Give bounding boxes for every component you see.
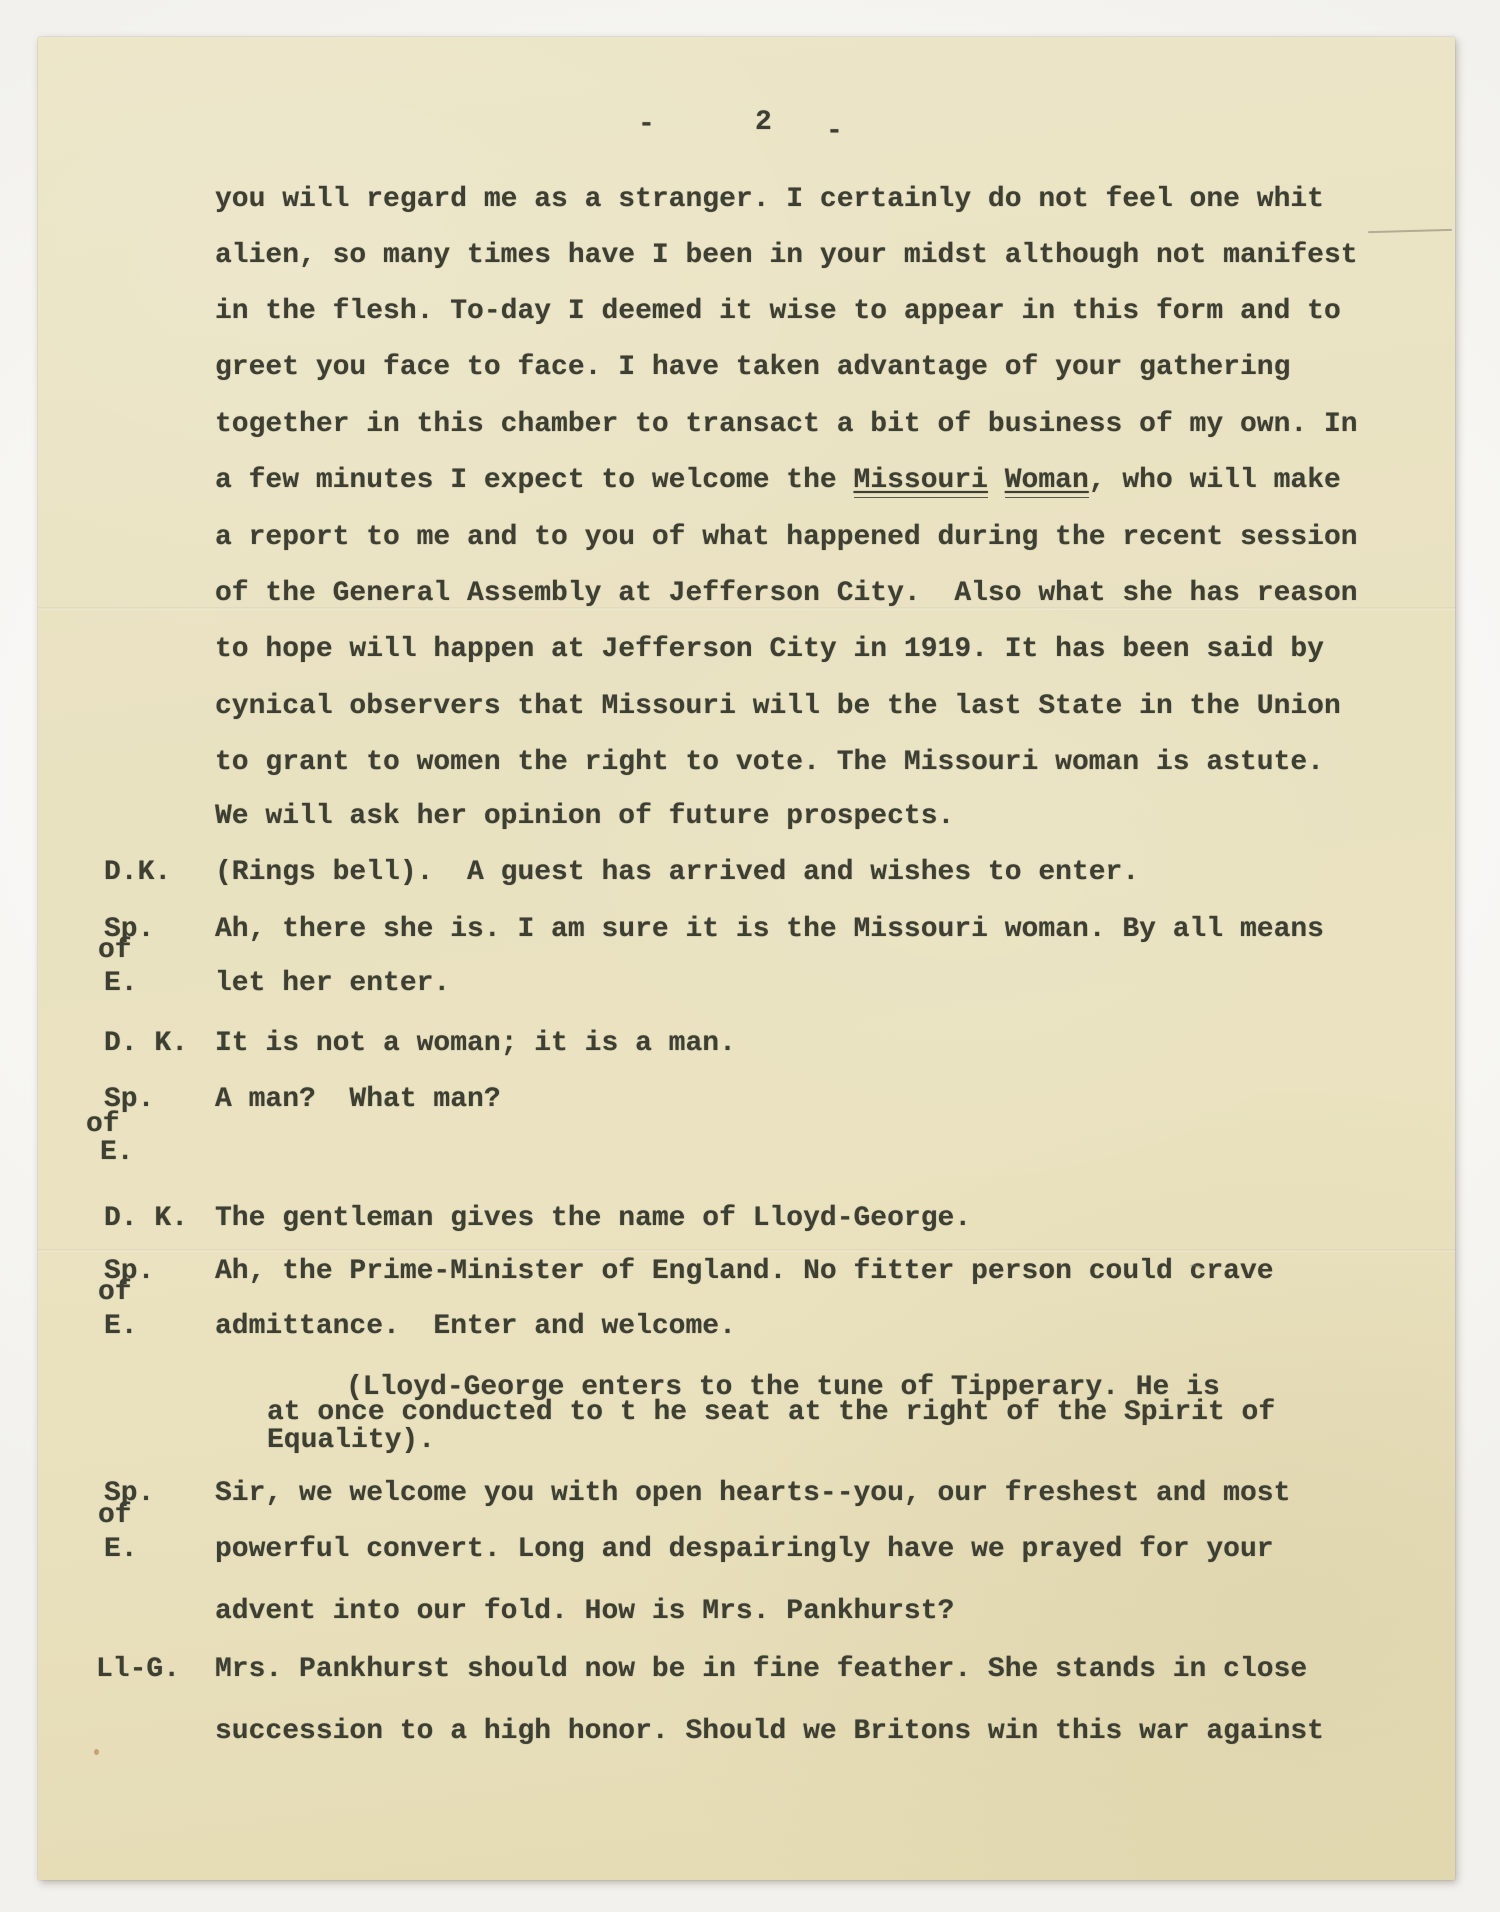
page-number-dash-right: -	[826, 115, 843, 149]
line-segment	[988, 465, 1005, 496]
pencil-mark	[1368, 229, 1452, 233]
typed-line: Ah, the Prime-Minister of England. No fi…	[215, 1255, 1274, 1289]
speaker-label-e: E.	[104, 1310, 138, 1344]
typed-line: succession to a high honor. Should we Br…	[215, 1715, 1324, 1749]
speaker-label-dk: D. K.	[104, 1202, 188, 1236]
typed-line: Mrs. Pankhurst should now be in fine fea…	[215, 1653, 1307, 1687]
speaker-label-e: E.	[100, 1136, 134, 1170]
speaker-label-e: E.	[104, 1533, 138, 1567]
typed-line: greet you face to face. I have taken adv…	[215, 351, 1290, 385]
typed-line: let her enter.	[215, 967, 450, 1001]
page-number: 2	[755, 106, 772, 140]
typed-line: together in this chamber to transact a b…	[215, 408, 1358, 442]
typed-line: in the flesh. To-day I deemed it wise to…	[215, 295, 1341, 329]
typed-line: The gentleman gives the name of Lloyd-Ge…	[215, 1202, 971, 1236]
paper-sheet: - 2 - you will regard me as a stranger. …	[38, 37, 1455, 1880]
stage-direction-line: Equality).	[267, 1424, 435, 1458]
typed-line: of the General Assembly at Jefferson Cit…	[215, 577, 1358, 611]
typed-line: a report to me and to you of what happen…	[215, 521, 1358, 555]
speaker-label-dk: D. K.	[104, 1027, 188, 1061]
typed-line: Sir, we welcome you with open hearts--yo…	[215, 1477, 1290, 1511]
typed-line: (Rings bell). A guest has arrived and wi…	[215, 856, 1139, 890]
speaker-label-dk: D.K.	[104, 856, 171, 890]
speaker-label-of: of	[98, 934, 132, 968]
typed-line: admittance. Enter and welcome.	[215, 1310, 736, 1344]
line-segment: , who will make	[1089, 465, 1341, 496]
scanned-typescript-page: { "colors": { "paper": "#e9e2c0", "ink":…	[0, 0, 1500, 1912]
typed-line: you will regard me as a stranger. I cert…	[215, 183, 1324, 217]
speaker-label-llg: Ll-G.	[96, 1653, 180, 1687]
line-segment: a few minutes I expect to welcome the	[215, 465, 854, 496]
typed-line-missouri-woman: a few minutes I expect to welcome the Mi…	[215, 464, 1341, 498]
typed-line: We will ask her opinion of future prospe…	[215, 800, 954, 834]
typed-line: to grant to women the right to vote. The…	[215, 746, 1324, 780]
typed-line: to hope will happen at Jefferson City in…	[215, 633, 1324, 667]
typed-line: Ah, there she is. I am sure it is the Mi…	[215, 913, 1324, 947]
stain-dot	[94, 1749, 99, 1755]
typed-line: advent into our fold. How is Mrs. Pankhu…	[215, 1595, 954, 1629]
paper-crease	[38, 1249, 1455, 1252]
speaker-label-of: of	[98, 1276, 132, 1310]
speaker-label-e: E.	[104, 967, 138, 1001]
typed-line: It is not a woman; it is a man.	[215, 1027, 736, 1061]
page-number-dash-left: -	[638, 108, 655, 142]
typed-line: alien, so many times have I been in your…	[215, 239, 1358, 273]
speaker-label-of: of	[98, 1499, 132, 1533]
typed-line: powerful convert. Long and despairingly …	[215, 1533, 1274, 1567]
underlined-word: Woman	[1005, 465, 1089, 498]
typed-line: A man? What man?	[215, 1083, 501, 1117]
underlined-word: Missouri	[854, 465, 988, 498]
typed-line: cynical observers that Missouri will be …	[215, 690, 1341, 724]
